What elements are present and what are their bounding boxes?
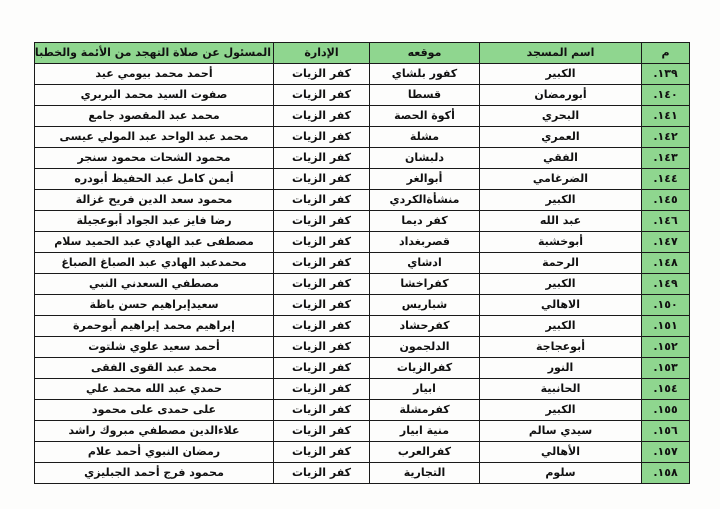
- row-number: ١٥٤.: [642, 379, 690, 400]
- mosque-location-cell: كفرالعرب: [370, 442, 480, 463]
- row-number: ١٤١.: [642, 106, 690, 127]
- header-location: موقعه: [370, 43, 480, 64]
- administration-cell: كفر الزيات: [274, 232, 370, 253]
- administration-cell: كفر الزيات: [274, 169, 370, 190]
- mosque-name-cell: النور: [480, 358, 642, 379]
- administration-cell: كفر الزيات: [274, 127, 370, 148]
- mosque-name-cell: أبوخشبة: [480, 232, 642, 253]
- mosque-name-cell: الكبير: [480, 64, 642, 85]
- responsible-person-cell: إبراهيم محمد إبراهيم أبوحمرة: [35, 316, 274, 337]
- administration-cell: كفر الزيات: [274, 190, 370, 211]
- table-row: ١٤٨. الرحمة ادشاي كفر الزيات محمدعبد اله…: [35, 253, 690, 274]
- table-header-row: م اسم المسجد موقعه الإدارة المسئول عن صل…: [35, 43, 690, 64]
- table-row: ١٥٨. سلوم التجارية كفر الزيات محمود فرج …: [35, 463, 690, 484]
- table-row: ١٥٥. الكبير كفرمشلة كفر الزيات على حمدى …: [35, 400, 690, 421]
- administration-cell: كفر الزيات: [274, 148, 370, 169]
- table-row: ١٤٤. الضرغامي أبوالغر كفر الزيات أيمن كا…: [35, 169, 690, 190]
- mosque-name-cell: الرحمة: [480, 253, 642, 274]
- table-row: ١٤٠. أبورمضان قسطا كفر الزيات صفوت السيد…: [35, 85, 690, 106]
- administration-cell: كفر الزيات: [274, 253, 370, 274]
- mosque-location-cell: منشأةالكردي: [370, 190, 480, 211]
- document-page: م اسم المسجد موقعه الإدارة المسئول عن صل…: [0, 0, 720, 509]
- mosque-name-cell: العمري: [480, 127, 642, 148]
- responsible-person-cell: أحمد سعيد علوي شلتوت: [35, 337, 274, 358]
- row-number: ١٥٥.: [642, 400, 690, 421]
- mosque-location-cell: شباريس: [370, 295, 480, 316]
- administration-cell: كفر الزيات: [274, 358, 370, 379]
- mosque-name-cell: الكبير: [480, 400, 642, 421]
- table-row: ١٥٣. النور كفرالزيات كفر الزيات محمد عبد…: [35, 358, 690, 379]
- row-number: ١٤٨.: [642, 253, 690, 274]
- table-row: ١٤٣. الفقي دلبشان كفر الزيات محمود الشحا…: [35, 148, 690, 169]
- row-number: ١٥٠.: [642, 295, 690, 316]
- administration-cell: كفر الزيات: [274, 64, 370, 85]
- mosque-name-cell: الفقي: [480, 148, 642, 169]
- row-number: ١٥٦.: [642, 421, 690, 442]
- row-number: ١٤٦.: [642, 211, 690, 232]
- responsible-person-cell: محمد عبد القوى الفقى: [35, 358, 274, 379]
- mosque-name-cell: الحانبية: [480, 379, 642, 400]
- responsible-person-cell: محمد عبد المقصود جامع: [35, 106, 274, 127]
- administration-cell: كفر الزيات: [274, 295, 370, 316]
- header-number: م: [642, 43, 690, 64]
- administration-cell: كفر الزيات: [274, 85, 370, 106]
- responsible-person-cell: أيمن كامل عبد الحفيظ أبودره: [35, 169, 274, 190]
- mosque-name-cell: الأهالي: [480, 442, 642, 463]
- responsible-person-cell: سعيدإبراهيم حسن باظة: [35, 295, 274, 316]
- mosque-location-cell: دلبشان: [370, 148, 480, 169]
- mosque-name-cell: عبد الله: [480, 211, 642, 232]
- table-row: ١٣٩. الكبير كفور بلشاي كفر الزيات أحمد م…: [35, 64, 690, 85]
- mosque-location-cell: ابيار: [370, 379, 480, 400]
- mosque-location-cell: كفرمشلة: [370, 400, 480, 421]
- mosque-location-cell: أكوة الحصة: [370, 106, 480, 127]
- table-row: ١٤٩. الكبير كفراخشا كفر الزيات مصطفي الس…: [35, 274, 690, 295]
- administration-cell: كفر الزيات: [274, 106, 370, 127]
- row-number: ١٤٠.: [642, 85, 690, 106]
- table-row: ١٥٢. أبوعجاجة الدلجمون كفر الزيات أحمد س…: [35, 337, 690, 358]
- table-row: ١٥٤. الحانبية ابيار كفر الزيات حمدي عبد …: [35, 379, 690, 400]
- administration-cell: كفر الزيات: [274, 442, 370, 463]
- mosque-location-cell: أبوالغر: [370, 169, 480, 190]
- header-mosque-name: اسم المسجد: [480, 43, 642, 64]
- mosque-location-cell: ادشاي: [370, 253, 480, 274]
- mosque-location-cell: الدلجمون: [370, 337, 480, 358]
- administration-cell: كفر الزيات: [274, 379, 370, 400]
- responsible-person-cell: محمود سعد الدين فريح غزالة: [35, 190, 274, 211]
- mosque-name-cell: سلوم: [480, 463, 642, 484]
- row-number: ١٣٩.: [642, 64, 690, 85]
- table-row: ١٥٧. الأهالي كفرالعرب كفر الزيات رمضان ا…: [35, 442, 690, 463]
- mosque-name-cell: الكبير: [480, 190, 642, 211]
- responsible-person-cell: محمدعبد الهادي عبد الصباغ الصباغ: [35, 253, 274, 274]
- responsible-person-cell: محمود الشحات محمود سنجر: [35, 148, 274, 169]
- row-number: ١٤٢.: [642, 127, 690, 148]
- row-number: ١٥٧.: [642, 442, 690, 463]
- table-row: ١٥٦. سيدي سالم منية ابيار كفر الزيات علا…: [35, 421, 690, 442]
- table-row: ١٤١. البحري أكوة الحصة كفر الزيات محمد ع…: [35, 106, 690, 127]
- header-administration: الإدارة: [274, 43, 370, 64]
- responsible-person-cell: حمدي عبد الله محمد علي: [35, 379, 274, 400]
- table-row: ١٤٦. عبد الله كفر ديما كفر الزيات رضا فا…: [35, 211, 690, 232]
- table-row: ١٤٧. أبوخشبة قصربغداد كفر الزيات مصطفى ع…: [35, 232, 690, 253]
- mosque-location-cell: كفراخشا: [370, 274, 480, 295]
- mosque-location-cell: كفور بلشاي: [370, 64, 480, 85]
- mosque-location-cell: مشلة: [370, 127, 480, 148]
- responsible-person-cell: محمد عبد الواحد عبد المولي عيسى: [35, 127, 274, 148]
- responsible-person-cell: علاءالدين مصطفي مبروك راشد: [35, 421, 274, 442]
- administration-cell: كفر الزيات: [274, 400, 370, 421]
- responsible-person-cell: مصطفى عبد الهادي عبد الحميد سلام: [35, 232, 274, 253]
- mosque-name-cell: سيدي سالم: [480, 421, 642, 442]
- administration-cell: كفر الزيات: [274, 211, 370, 232]
- row-number: ١٥١.: [642, 316, 690, 337]
- administration-cell: كفر الزيات: [274, 337, 370, 358]
- responsible-person-cell: رضا فايز عبد الجواد أبوعجيلة: [35, 211, 274, 232]
- table-row: ١٤٥. الكبير منشأةالكردي كفر الزيات محمود…: [35, 190, 690, 211]
- responsible-person-cell: أحمد محمد بيومي عيد: [35, 64, 274, 85]
- responsible-person-cell: رمضان النبوي أحمد علام: [35, 442, 274, 463]
- mosque-name-cell: أبوعجاجة: [480, 337, 642, 358]
- responsible-person-cell: مصطفي السعدني النبي: [35, 274, 274, 295]
- mosque-location-cell: منية ابيار: [370, 421, 480, 442]
- mosque-location-cell: كفرالزيات: [370, 358, 480, 379]
- mosque-location-cell: قصربغداد: [370, 232, 480, 253]
- row-number: ١٤٣.: [642, 148, 690, 169]
- administration-cell: كفر الزيات: [274, 274, 370, 295]
- row-number: ١٥٣.: [642, 358, 690, 379]
- mosque-location-cell: كفر ديما: [370, 211, 480, 232]
- administration-cell: كفر الزيات: [274, 463, 370, 484]
- mosque-location-cell: كفرحشاد: [370, 316, 480, 337]
- mosques-table: م اسم المسجد موقعه الإدارة المسئول عن صل…: [34, 42, 690, 484]
- row-number: ١٤٤.: [642, 169, 690, 190]
- responsible-person-cell: محمود فرج أحمد الجبليزي: [35, 463, 274, 484]
- row-number: ١٤٥.: [642, 190, 690, 211]
- administration-cell: كفر الزيات: [274, 316, 370, 337]
- mosque-location-cell: قسطا: [370, 85, 480, 106]
- administration-cell: كفر الزيات: [274, 421, 370, 442]
- mosque-name-cell: أبورمضان: [480, 85, 642, 106]
- row-number: ١٤٧.: [642, 232, 690, 253]
- mosque-name-cell: الكبير: [480, 316, 642, 337]
- mosque-name-cell: الاهالي: [480, 295, 642, 316]
- row-number: ١٥٨.: [642, 463, 690, 484]
- responsible-person-cell: على حمدى على محمود: [35, 400, 274, 421]
- table-row: ١٥١. الكبير كفرحشاد كفر الزيات إبراهيم م…: [35, 316, 690, 337]
- row-number: ١٤٩.: [642, 274, 690, 295]
- table-row: ١٤٢. العمري مشلة كفر الزيات محمد عبد الو…: [35, 127, 690, 148]
- row-number: ١٥٢.: [642, 337, 690, 358]
- mosque-location-cell: التجارية: [370, 463, 480, 484]
- mosque-name-cell: الكبير: [480, 274, 642, 295]
- mosque-name-cell: الضرغامي: [480, 169, 642, 190]
- header-responsible: المسئول عن صلاة التهجد من الأئمة والخطبا…: [35, 43, 274, 64]
- responsible-person-cell: صفوت السيد محمد البربري: [35, 85, 274, 106]
- table-row: ١٥٠. الاهالي شباريس كفر الزيات سعيدإبراه…: [35, 295, 690, 316]
- mosque-name-cell: البحري: [480, 106, 642, 127]
